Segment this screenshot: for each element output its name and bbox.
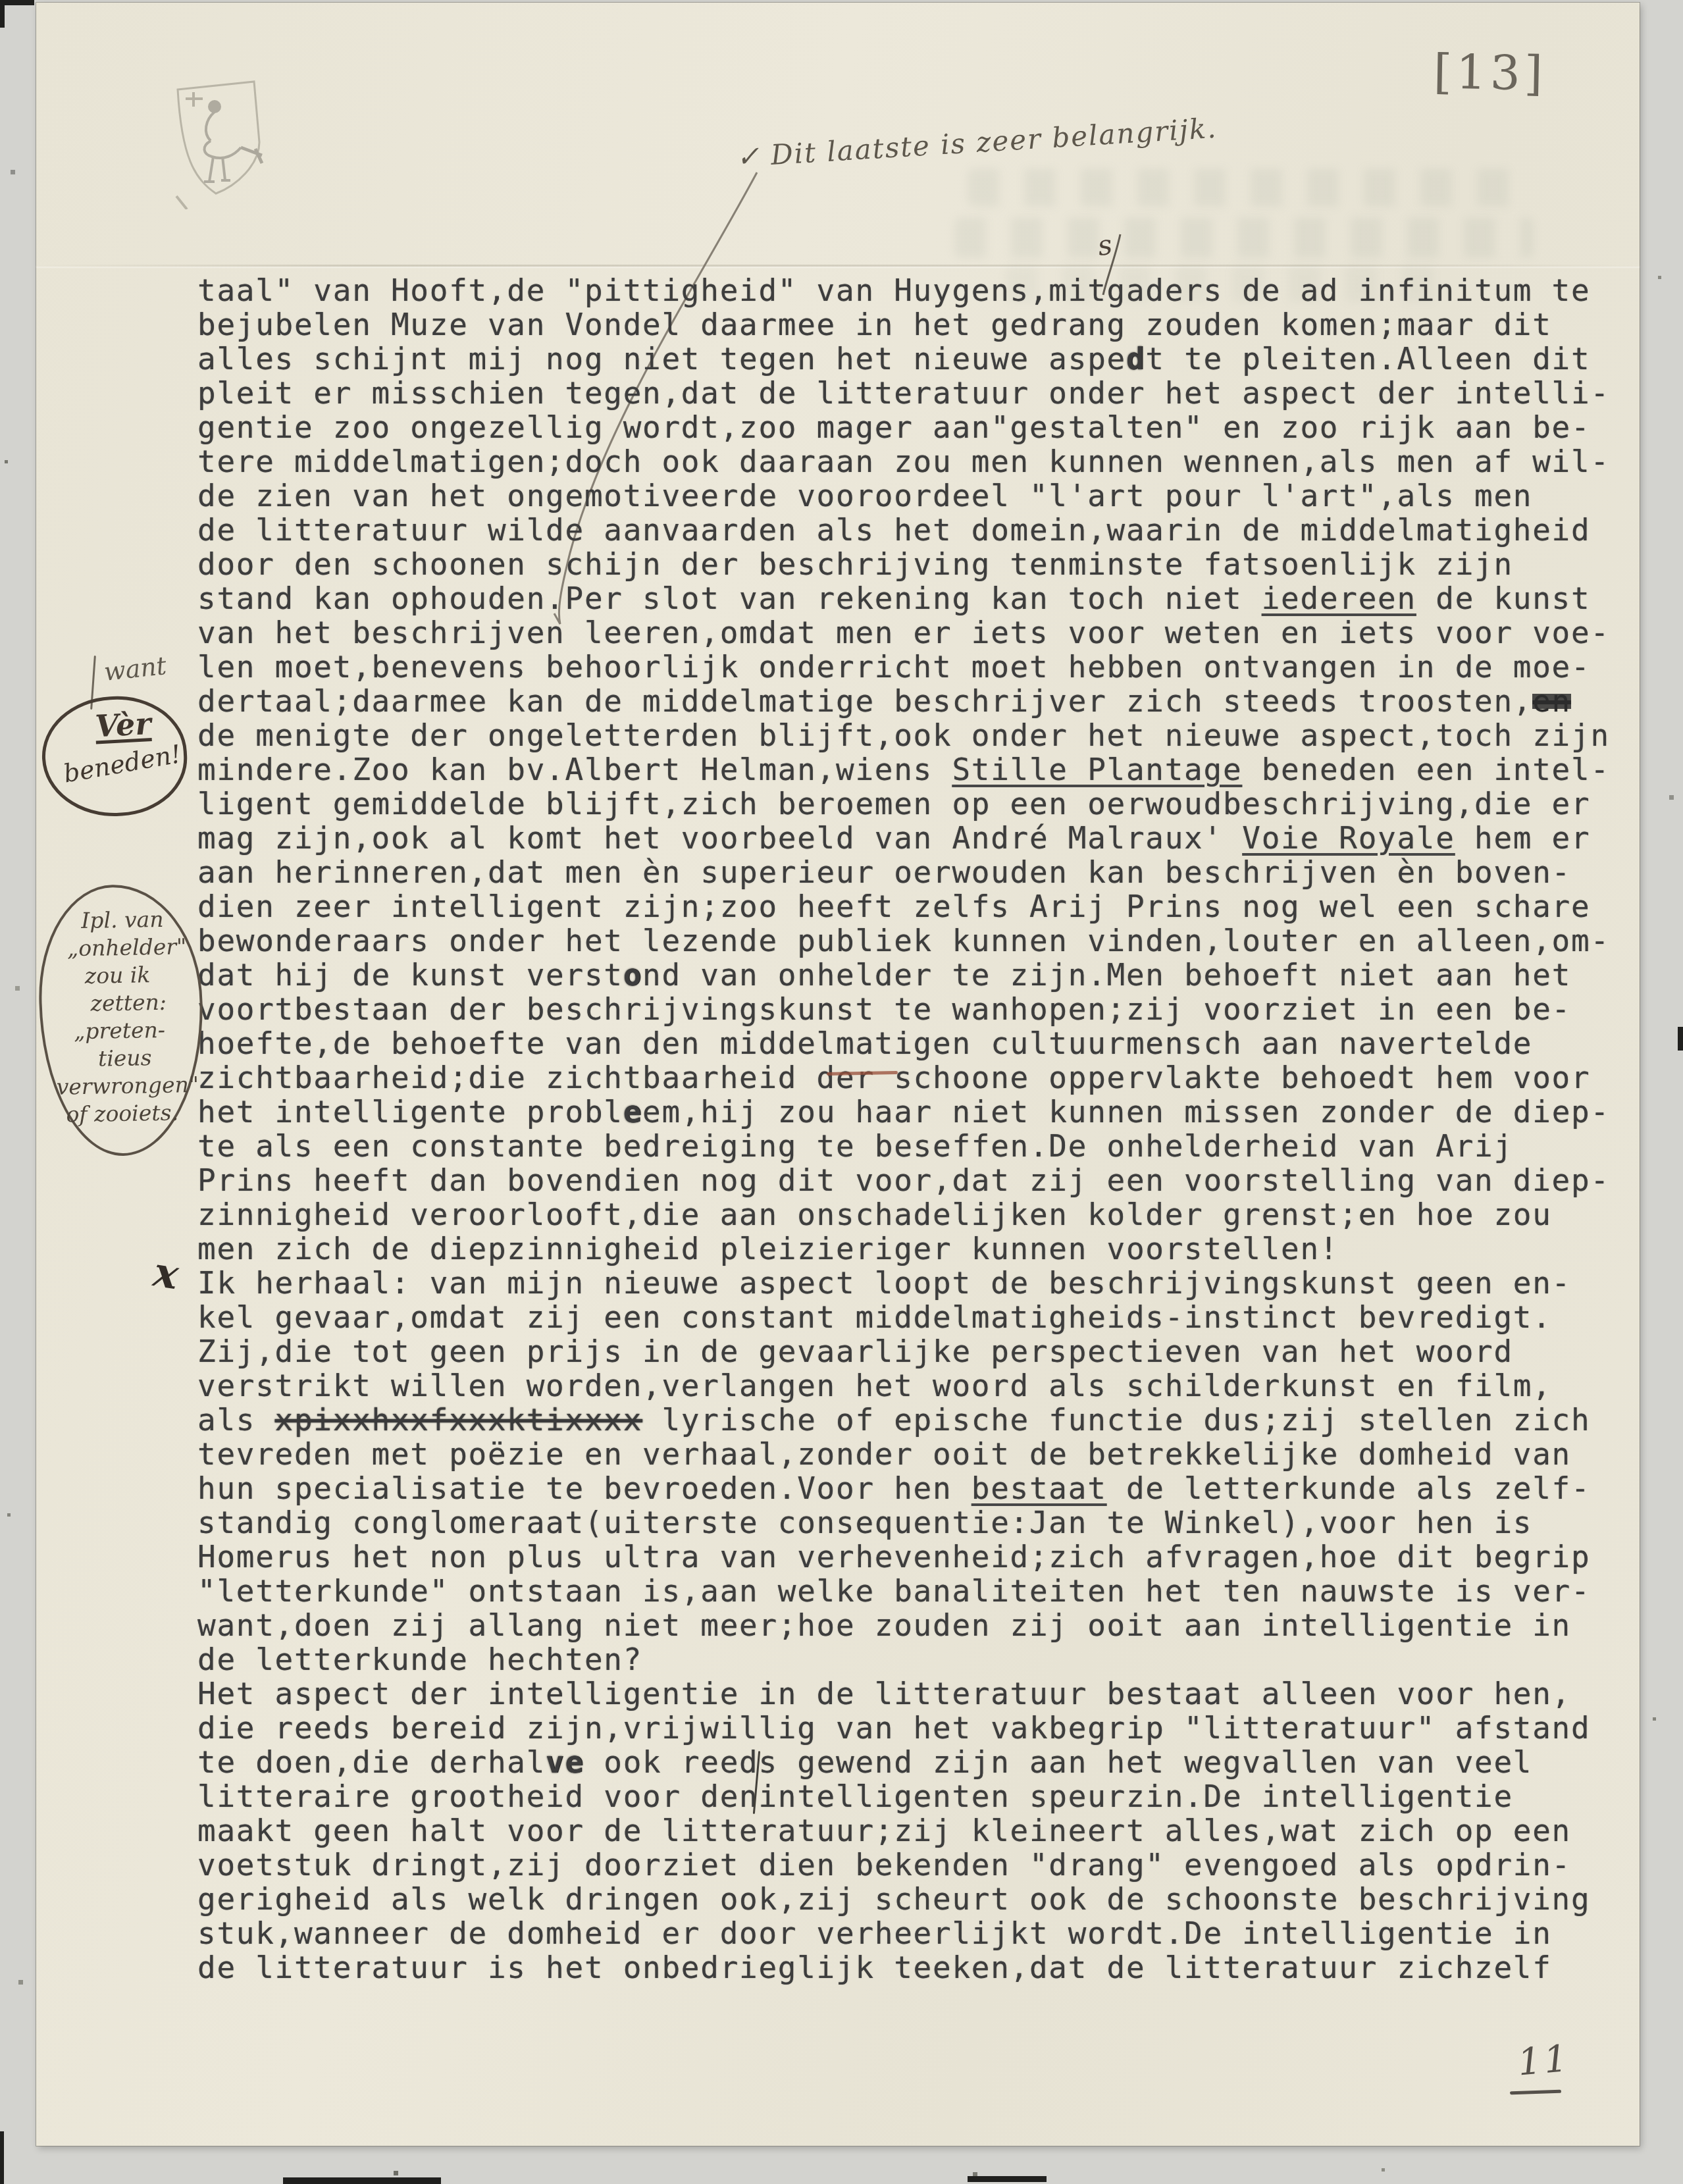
- ghost-print: [968, 169, 1534, 207]
- typed-line: men zich de diepzinnigheid pleizieriger …: [197, 1232, 1610, 1266]
- page-number-annotation: [13]: [1433, 44, 1547, 101]
- circled-note-line: Ipl. van: [81, 906, 164, 933]
- ghost-print: [954, 217, 1534, 258]
- typed-line: hoefte,de behoefte van den middelmatigen…: [197, 1026, 1610, 1060]
- typed-line: "letterkunde" ontstaan is,aan welke bana…: [197, 1574, 1610, 1608]
- typed-line: die reeds bereid zijn,vrijwillig van het…: [197, 1711, 1610, 1745]
- typed-line: Homerus het non plus ultra van verhevenh…: [197, 1540, 1610, 1574]
- typed-line: van het beschrijven leeren,omdat men er …: [197, 615, 1610, 650]
- scan-edge-mark: [968, 2176, 1047, 2182]
- typed-line: ligent gemiddelde blijft,zich beroemen o…: [197, 787, 1610, 821]
- typed-line: Ik herhaal: van mijn nieuwe aspect loopt…: [197, 1266, 1610, 1300]
- typed-line: standig conglomeraat(uiterste consequent…: [197, 1505, 1610, 1540]
- typed-line: voortbestaan der beschrijvingskunst te w…: [197, 992, 1610, 1026]
- typed-line: want,doen zij allang niet meer;hoe zoude…: [197, 1608, 1610, 1642]
- typed-line: bewonderaars onder het lezende publiek k…: [197, 923, 1610, 958]
- typed-line: litteraire grootheid voor denintelligent…: [197, 1779, 1610, 1813]
- typed-line: de menigte der ongeletterden blijft,ook …: [197, 718, 1610, 752]
- typed-line: de litteratuur wilde aanvaarden als het …: [197, 513, 1610, 547]
- typed-line: door den schoonen schijn der beschrijvin…: [197, 547, 1610, 581]
- typed-line: maakt geen halt voor de litteratuur;zij …: [197, 1813, 1610, 1848]
- circled-note-line: beneden!: [61, 739, 183, 789]
- typed-line: voetstuk dringt,zij doorziet dien bekend…: [197, 1848, 1610, 1882]
- typed-line: de zien van het ongemotiveerde vooroorde…: [197, 479, 1610, 513]
- scanned-manuscript-page: { "page": { "corner_number": "[13]", "bo…: [0, 0, 1683, 2184]
- typed-line: verstrikt willen worden,verlangen het wo…: [197, 1368, 1610, 1403]
- circled-note-line: zou ik: [84, 962, 150, 989]
- typed-line: als xpixxhxxfxxxktixxxx lyrische of epis…: [197, 1403, 1610, 1437]
- typed-line: Prins heeft dan bovendien nog dit voor,d…: [197, 1163, 1610, 1197]
- typed-line: Het aspect der intelligentie in de litte…: [197, 1677, 1610, 1711]
- typed-line: mag zijn,ook al komt het voorbeeld van A…: [197, 821, 1610, 855]
- typed-line: stuk,wanneer de domheid er door verheerl…: [197, 1916, 1610, 1950]
- circled-note-line: Vèr: [94, 706, 152, 744]
- typed-line: tere middelmatigen;doch ook daaraan zou …: [197, 444, 1610, 479]
- typed-line: te als een constante bedreiging te besef…: [197, 1129, 1610, 1163]
- scan-edge-mark: [1678, 1027, 1683, 1051]
- typed-line: gerigheid als welk dringen ook,zij scheu…: [197, 1882, 1610, 1916]
- typed-line: zichtbaarheid;die zichtbaarheid der scho…: [197, 1060, 1610, 1095]
- typed-line: taal" van Hooft,de "pittigheid" van Huyg…: [197, 273, 1610, 307]
- typed-line: hun specialisatie te bevroeden.Voor hen …: [197, 1471, 1610, 1505]
- scan-edge-mark: [0, 0, 34, 5]
- typed-text-block: taal" van Hooft,de "pittigheid" van Huyg…: [197, 273, 1610, 1985]
- typed-line: zinnigheid veroorlooft,die aan onschadel…: [197, 1197, 1610, 1232]
- typed-line: stand kan ophouden.Per slot van rekening…: [197, 581, 1610, 615]
- typed-line: mindere.Zoo kan bv.Albert Helman,wiens S…: [197, 752, 1610, 787]
- typed-line: tevreden met poëzie en verhaal,zonder oo…: [197, 1437, 1610, 1471]
- typed-line: dien zeer intelligent zijn;zoo heeft zel…: [197, 889, 1610, 923]
- typed-line: te doen,die derhalve ook reeds gewend zi…: [197, 1745, 1610, 1779]
- typed-line: dat hij de kunst verstond van onhelder t…: [197, 958, 1610, 992]
- typed-line: Zij,die tot geen prijs in de gevaarlijke…: [197, 1334, 1610, 1368]
- scan-edge-mark: [0, 2131, 4, 2184]
- typed-line: gentie zoo ongezellig wordt,zoo mager aa…: [197, 410, 1610, 444]
- typed-line: de litteratuur is het onbedrieglijk teek…: [197, 1950, 1610, 1985]
- scan-edge-mark: [0, 0, 5, 28]
- typed-line: len moet,benevens behoorlijk onderricht …: [197, 650, 1610, 684]
- typed-line: bejubelen Muze van Vondel daarmee in het…: [197, 307, 1610, 342]
- typed-line: alles schijnt mij nog niet tegen het nie…: [197, 342, 1610, 376]
- circled-note-line: „preten-: [74, 1017, 165, 1044]
- typed-line: aan herinneren,dat men èn superieur oerw…: [197, 855, 1610, 889]
- typed-line: het intelligente probleem,hij zou haar n…: [197, 1095, 1610, 1129]
- circled-note-line: „onhelder": [67, 933, 187, 961]
- typed-line: dertaal;daarmee kan de middelmatige besc…: [197, 684, 1610, 718]
- circled-note-line: of zooiets.: [66, 1100, 178, 1128]
- sheet-number-annotation: 11: [1516, 2037, 1572, 2085]
- typed-line: pleit er misschien tegen,dat de litterat…: [197, 376, 1610, 410]
- typed-line: kel gevaar,omdat zij een constant middel…: [197, 1300, 1610, 1334]
- circled-note-line: verwrongen": [56, 1072, 199, 1100]
- typed-line: de letterkunde hechten?: [197, 1642, 1610, 1677]
- scan-edge-mark: [283, 2177, 441, 2184]
- circled-note-line: zetten:: [90, 989, 167, 1016]
- circled-note-line: tieus: [98, 1045, 152, 1071]
